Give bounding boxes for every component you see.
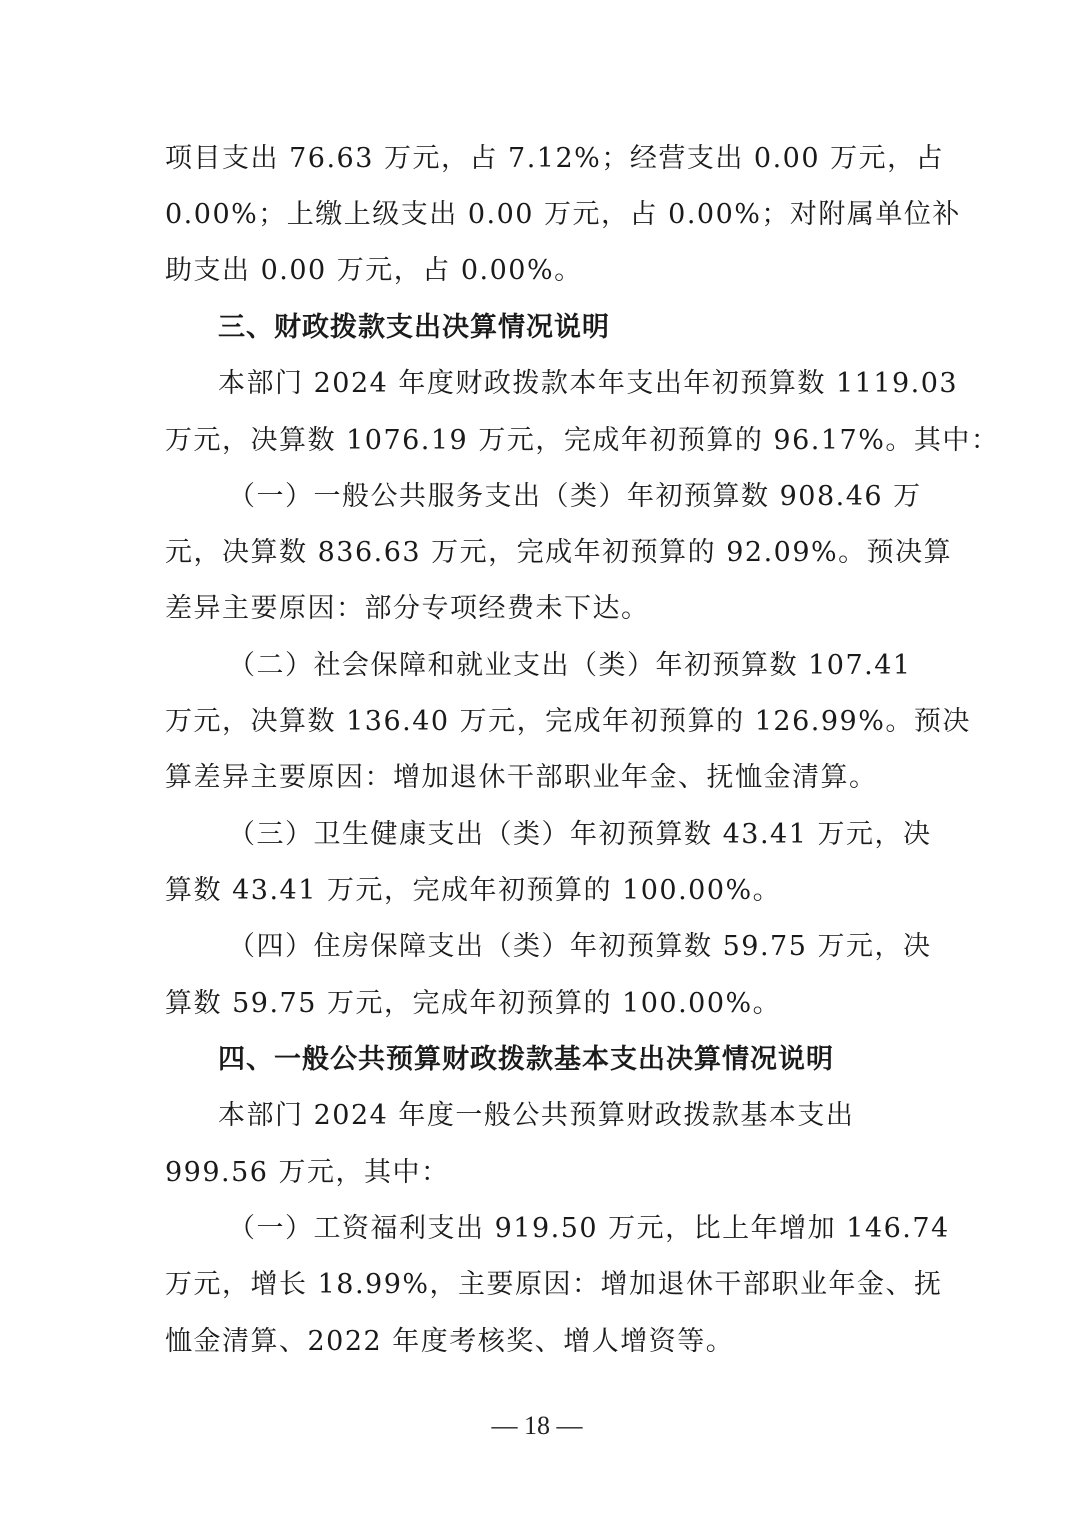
- paragraph-line: 999.56 万元，其中：: [165, 1155, 915, 1191]
- section-heading-4: 四、一般公共预算财政拨款基本支出决算情况说明: [218, 1042, 968, 1078]
- list-item-health: （三）卫生健康支出（类）年初预算数 43.41 万元，决: [228, 817, 978, 853]
- page-number: — 18 —: [0, 1408, 1074, 1444]
- paragraph-line: 算差异主要原因：增加退休干部职业年金、抚恤金清算。: [165, 760, 915, 796]
- paragraph-line: 本部门 2024 年度财政拨款本年支出年初预算数 1119.03: [218, 366, 968, 402]
- list-item-social-security: （二）社会保障和就业支出（类）年初预算数 107.41: [228, 648, 978, 684]
- paragraph-line: 万元，决算数 136.40 万元，完成年初预算的 126.99%。预决: [165, 704, 915, 740]
- paragraph-line: 差异主要原因：部分专项经费未下达。: [165, 591, 915, 627]
- paragraph-line: 万元，增长 18.99%，主要原因：增加退休干部职业年金、抚: [165, 1267, 915, 1303]
- paragraph-line: 万元，决算数 1076.19 万元，完成年初预算的 96.17%。其中：: [165, 423, 915, 459]
- paragraph-line: 助支出 0.00 万元，占 0.00%。: [165, 253, 915, 289]
- list-item-general-public-services: （一）一般公共服务支出（类）年初预算数 908.46 万: [228, 479, 978, 515]
- paragraph-line: 恤金清算、2022 年度考核奖、增人增资等。: [165, 1324, 915, 1360]
- paragraph-line: 本部门 2024 年度一般公共预算财政拨款基本支出: [218, 1098, 968, 1134]
- section-heading-3: 三、财政拨款支出决算情况说明: [218, 310, 968, 346]
- document-page: 项目支出 76.63 万元，占 7.12%；经营支出 0.00 万元，占 0.0…: [0, 0, 1074, 1520]
- list-item-housing: （四）住房保障支出（类）年初预算数 59.75 万元，决: [228, 929, 978, 965]
- paragraph-line: 算数 59.75 万元，完成年初预算的 100.00%。: [165, 986, 915, 1022]
- paragraph-line: 项目支出 76.63 万元，占 7.12%；经营支出 0.00 万元，占: [165, 141, 915, 177]
- paragraph-line: 元，决算数 836.63 万元，完成年初预算的 92.09%。预决算: [165, 535, 915, 571]
- list-item-wages-welfare: （一）工资福利支出 919.50 万元，比上年增加 146.74: [228, 1211, 978, 1247]
- paragraph-line: 算数 43.41 万元，完成年初预算的 100.00%。: [165, 873, 915, 909]
- paragraph-line: 0.00%；上缴上级支出 0.00 万元，占 0.00%；对附属单位补: [165, 197, 915, 233]
